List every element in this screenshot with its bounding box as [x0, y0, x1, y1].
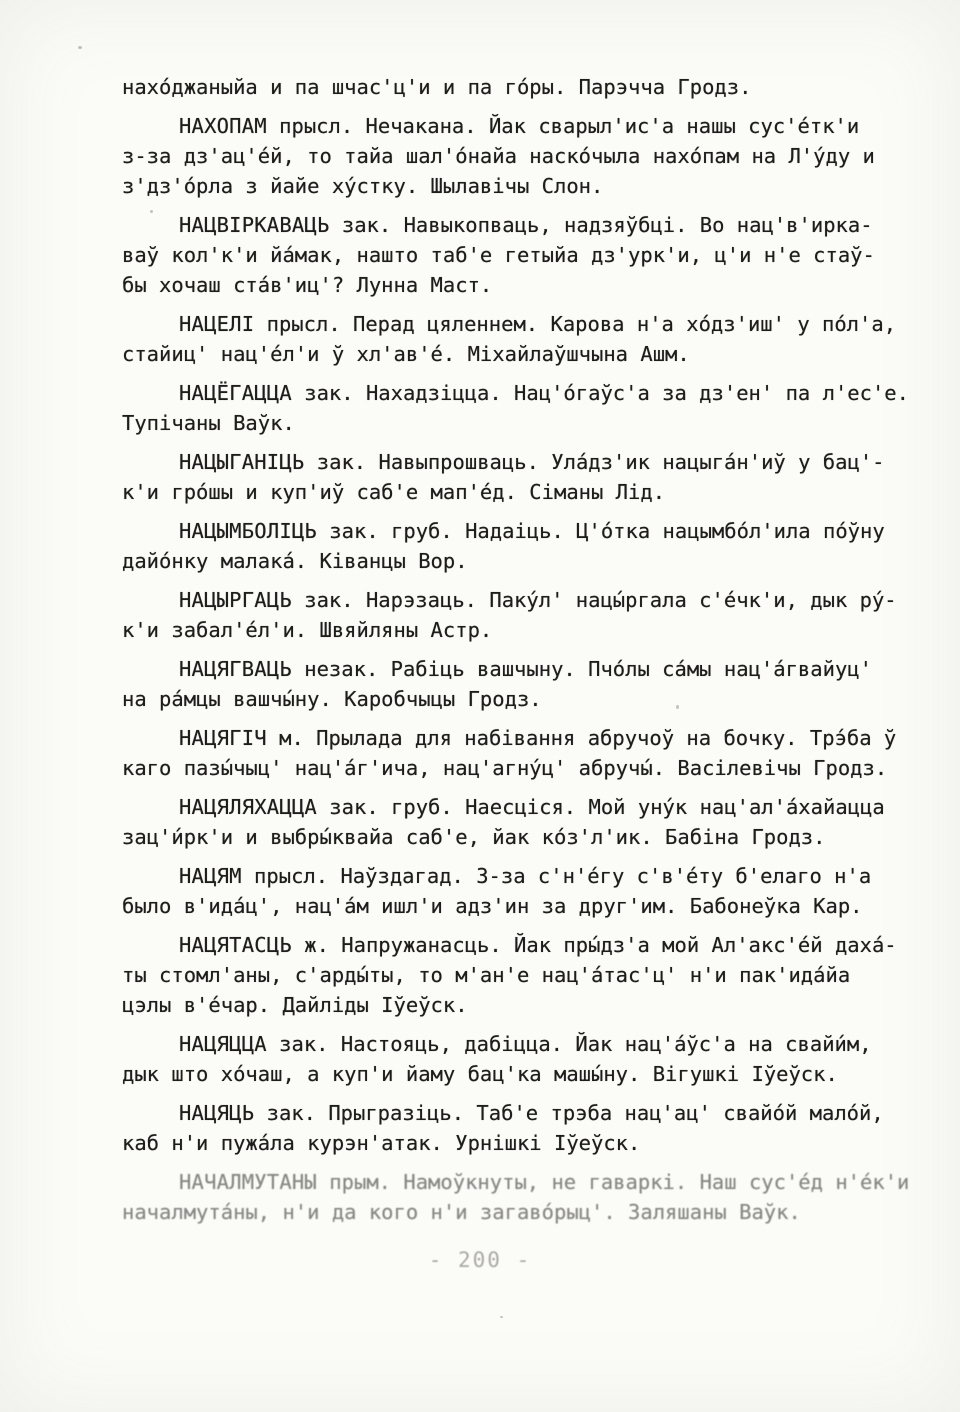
entry-headword: НАЦЯТАСЦЬ — [179, 933, 292, 957]
dictionary-entry: НАХОПАМ прысл. Нечакана. Йак сварыл'ис'а… — [122, 111, 912, 201]
entry-headword: НАЦЯЛЯХАЦЦА — [179, 795, 317, 819]
page-number: - 200 - — [0, 1248, 960, 1272]
entry-headword: НАЦВІРКАВАЦЬ — [179, 213, 330, 237]
dictionary-entry: НАЦЫРГАЦЬ зак. Нарэзаць. Паку́л' нацы́рг… — [122, 585, 912, 645]
dictionary-entry: НАЦЯГІЧ м. Прылада для набівання абручоў… — [122, 723, 912, 783]
entry-headword: НАЦЯГВАЦЬ — [179, 657, 292, 681]
dictionary-text-block: нахо́джаныйа и па шчас'ц'и и па го́ры. П… — [122, 72, 912, 1227]
entry-headword: НАЦЫГАНІЦЬ — [179, 450, 304, 474]
dictionary-entry: НАЦЯТАСЦЬ ж. Напружанасць. Йак пры́дз'а … — [122, 930, 912, 1020]
document-page: нахо́джаныйа и па шчас'ц'и и па го́ры. П… — [0, 0, 960, 1412]
entry-headword: НАЦЯГІЧ — [179, 726, 267, 750]
entry-body: нахо́джаныйа и па шчас'ц'и и па го́ры. П… — [122, 75, 751, 99]
entry-headword: НАЦЫМБОЛІЦЬ — [179, 519, 317, 543]
entry-headword: НАЧАЛМУТАНЫ — [179, 1170, 317, 1194]
scan-speck — [500, 1316, 503, 1318]
dictionary-entry: НАЦЯМ прысл. Наўздагад. З-за с'н'е́гу с'… — [122, 861, 912, 921]
dictionary-entry: НАЦЫГАНІЦЬ зак. Навыпрошваць. Ула́дз'ик … — [122, 447, 912, 507]
dictionary-entry: НАЦЁГАЦЦА зак. Нахадзіцца. Нац'о́гаўс'а … — [122, 378, 912, 438]
entry-headword: НАХОПАМ — [179, 114, 267, 138]
dictionary-entry: НАЦВІРКАВАЦЬ зак. Навыкопваць, надзяўбці… — [122, 210, 912, 300]
dictionary-entry: НАЦЯЛЯХАЦЦА зак. груб. Наесціся. Мой уну… — [122, 792, 912, 852]
continuation-line: нахо́джаныйа и па шчас'ц'и и па го́ры. П… — [122, 72, 912, 102]
dictionary-entry: НАЦЫМБОЛІЦЬ зак. груб. Надаіць. Ц'о́тка … — [122, 516, 912, 576]
entry-headword: НАЦЫРГАЦЬ — [179, 588, 292, 612]
dictionary-entry: НАЦЕЛІ прысл. Перад цяленнем. Карова н'а… — [122, 309, 912, 369]
dictionary-entry: НАЦЯЦЬ зак. Прыгразіць. Таб'е трэба нац'… — [122, 1098, 912, 1158]
entry-headword: НАЦЯМ — [179, 864, 242, 888]
entry-headword: НАЦЁГАЦЦА — [179, 381, 292, 405]
scan-speck — [78, 46, 82, 49]
dictionary-entry: НАЦЯГВАЦЬ незак. Рабіць вашчыну. Пчо́лы … — [122, 654, 912, 714]
entry-headword: НАЦЯЦЦА — [179, 1032, 267, 1056]
entry-headword: НАЦЯЦЬ — [179, 1101, 254, 1125]
entry-headword: НАЦЕЛІ — [179, 312, 254, 336]
dictionary-entry: НАЦЯЦЦА зак. Настояць, дабіцца. Йак нац'… — [122, 1029, 912, 1089]
dictionary-entry-faded: НАЧАЛМУТАНЫ прым. Намоўкнуты, не гаваркі… — [122, 1167, 912, 1227]
